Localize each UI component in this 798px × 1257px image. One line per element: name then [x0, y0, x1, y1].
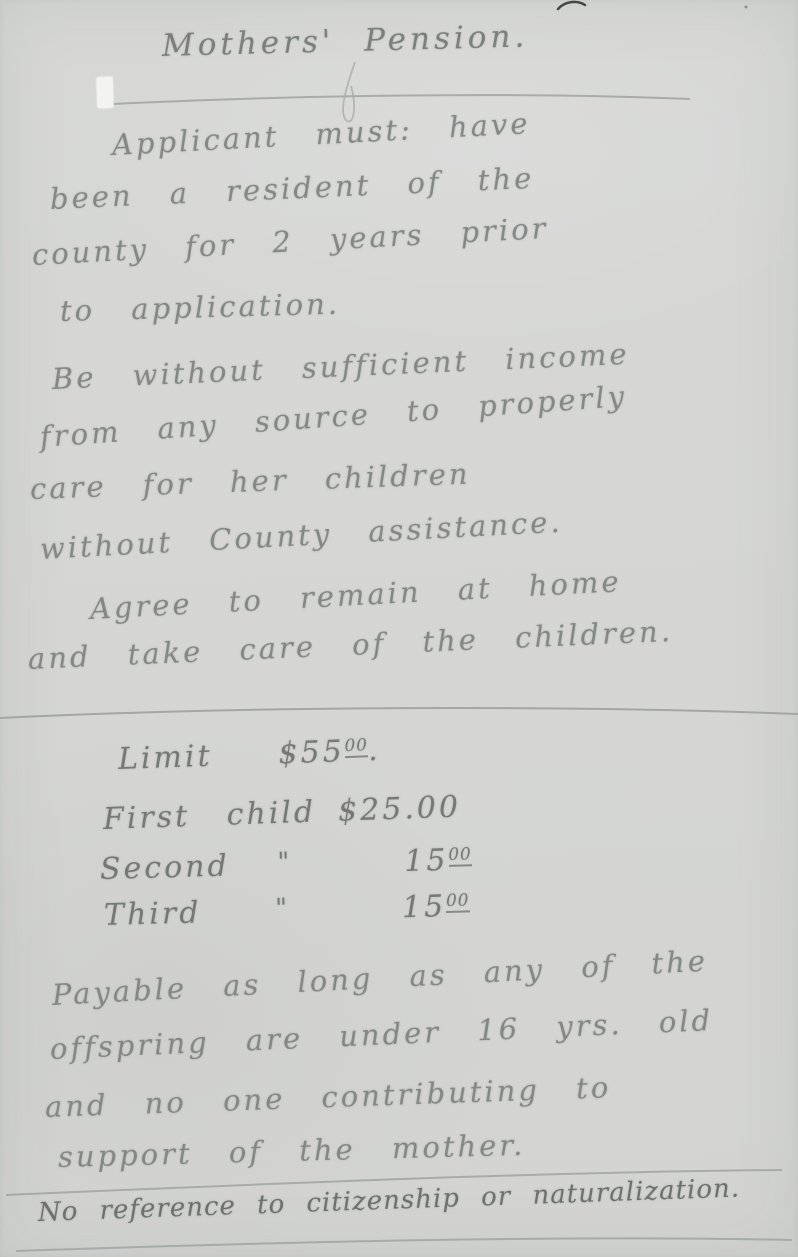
fee-row-third-child: Third"1500 — [104, 888, 471, 934]
fee-period: . — [367, 733, 381, 768]
fee-cents: 00 — [446, 889, 470, 913]
handwritten-line: and no one contributing to — [44, 1070, 611, 1125]
handwritten-line: Agree to remain at home — [89, 564, 622, 627]
section-divider-line — [0, 708, 798, 718]
fee-label: Third — [104, 895, 202, 933]
title-underline — [112, 95, 690, 104]
handwritten-line: county for 2 years prior — [31, 211, 549, 273]
handwritten-line: Payable as long as any of the — [51, 944, 709, 1013]
footnote-line: No reference to citizenship or naturaliz… — [37, 1173, 740, 1229]
fee-label: Limit — [117, 739, 213, 777]
fee-row-first-child: First child$25.00 — [102, 790, 461, 838]
fee-label: Second — [100, 849, 231, 887]
fee-label: First child — [102, 795, 316, 837]
document-title: Mothers' Pension. — [162, 18, 529, 65]
scan-artifact-patch — [96, 77, 113, 109]
ditto-mark: " — [275, 893, 291, 924]
pen-dot — [745, 6, 748, 9]
fee-amount: $25.00 — [337, 790, 461, 829]
handwritten-line: support of the mother. — [58, 1128, 526, 1175]
fee-amount: 15 — [404, 843, 449, 879]
scanned-document-page: Mothers' Pension. Applicant must: have b… — [0, 0, 798, 1257]
handwritten-line: without County assistance. — [39, 505, 563, 567]
handwritten-line: to application. — [60, 287, 341, 329]
ditto-mark: " — [277, 847, 293, 878]
handwritten-line: Applicant must: have — [111, 106, 531, 163]
fee-cents: 00 — [448, 843, 472, 867]
fee-cents: 00 — [344, 734, 368, 758]
title-descender-loop — [343, 62, 355, 121]
handwritten-line: care for her children — [29, 457, 471, 507]
fee-row-limit: Limit$5500. — [117, 733, 381, 778]
handwritten-line: offspring are under 16 yrs. old — [49, 1003, 714, 1067]
handwritten-line: been a resident of the — [49, 161, 535, 217]
fee-row-second-child: Second"1500 — [100, 842, 473, 888]
pen-mark — [558, 2, 585, 9]
fee-amount: 15 — [402, 889, 447, 925]
fee-amount: $55 — [278, 734, 345, 771]
footnote-underline — [16, 1238, 792, 1251]
